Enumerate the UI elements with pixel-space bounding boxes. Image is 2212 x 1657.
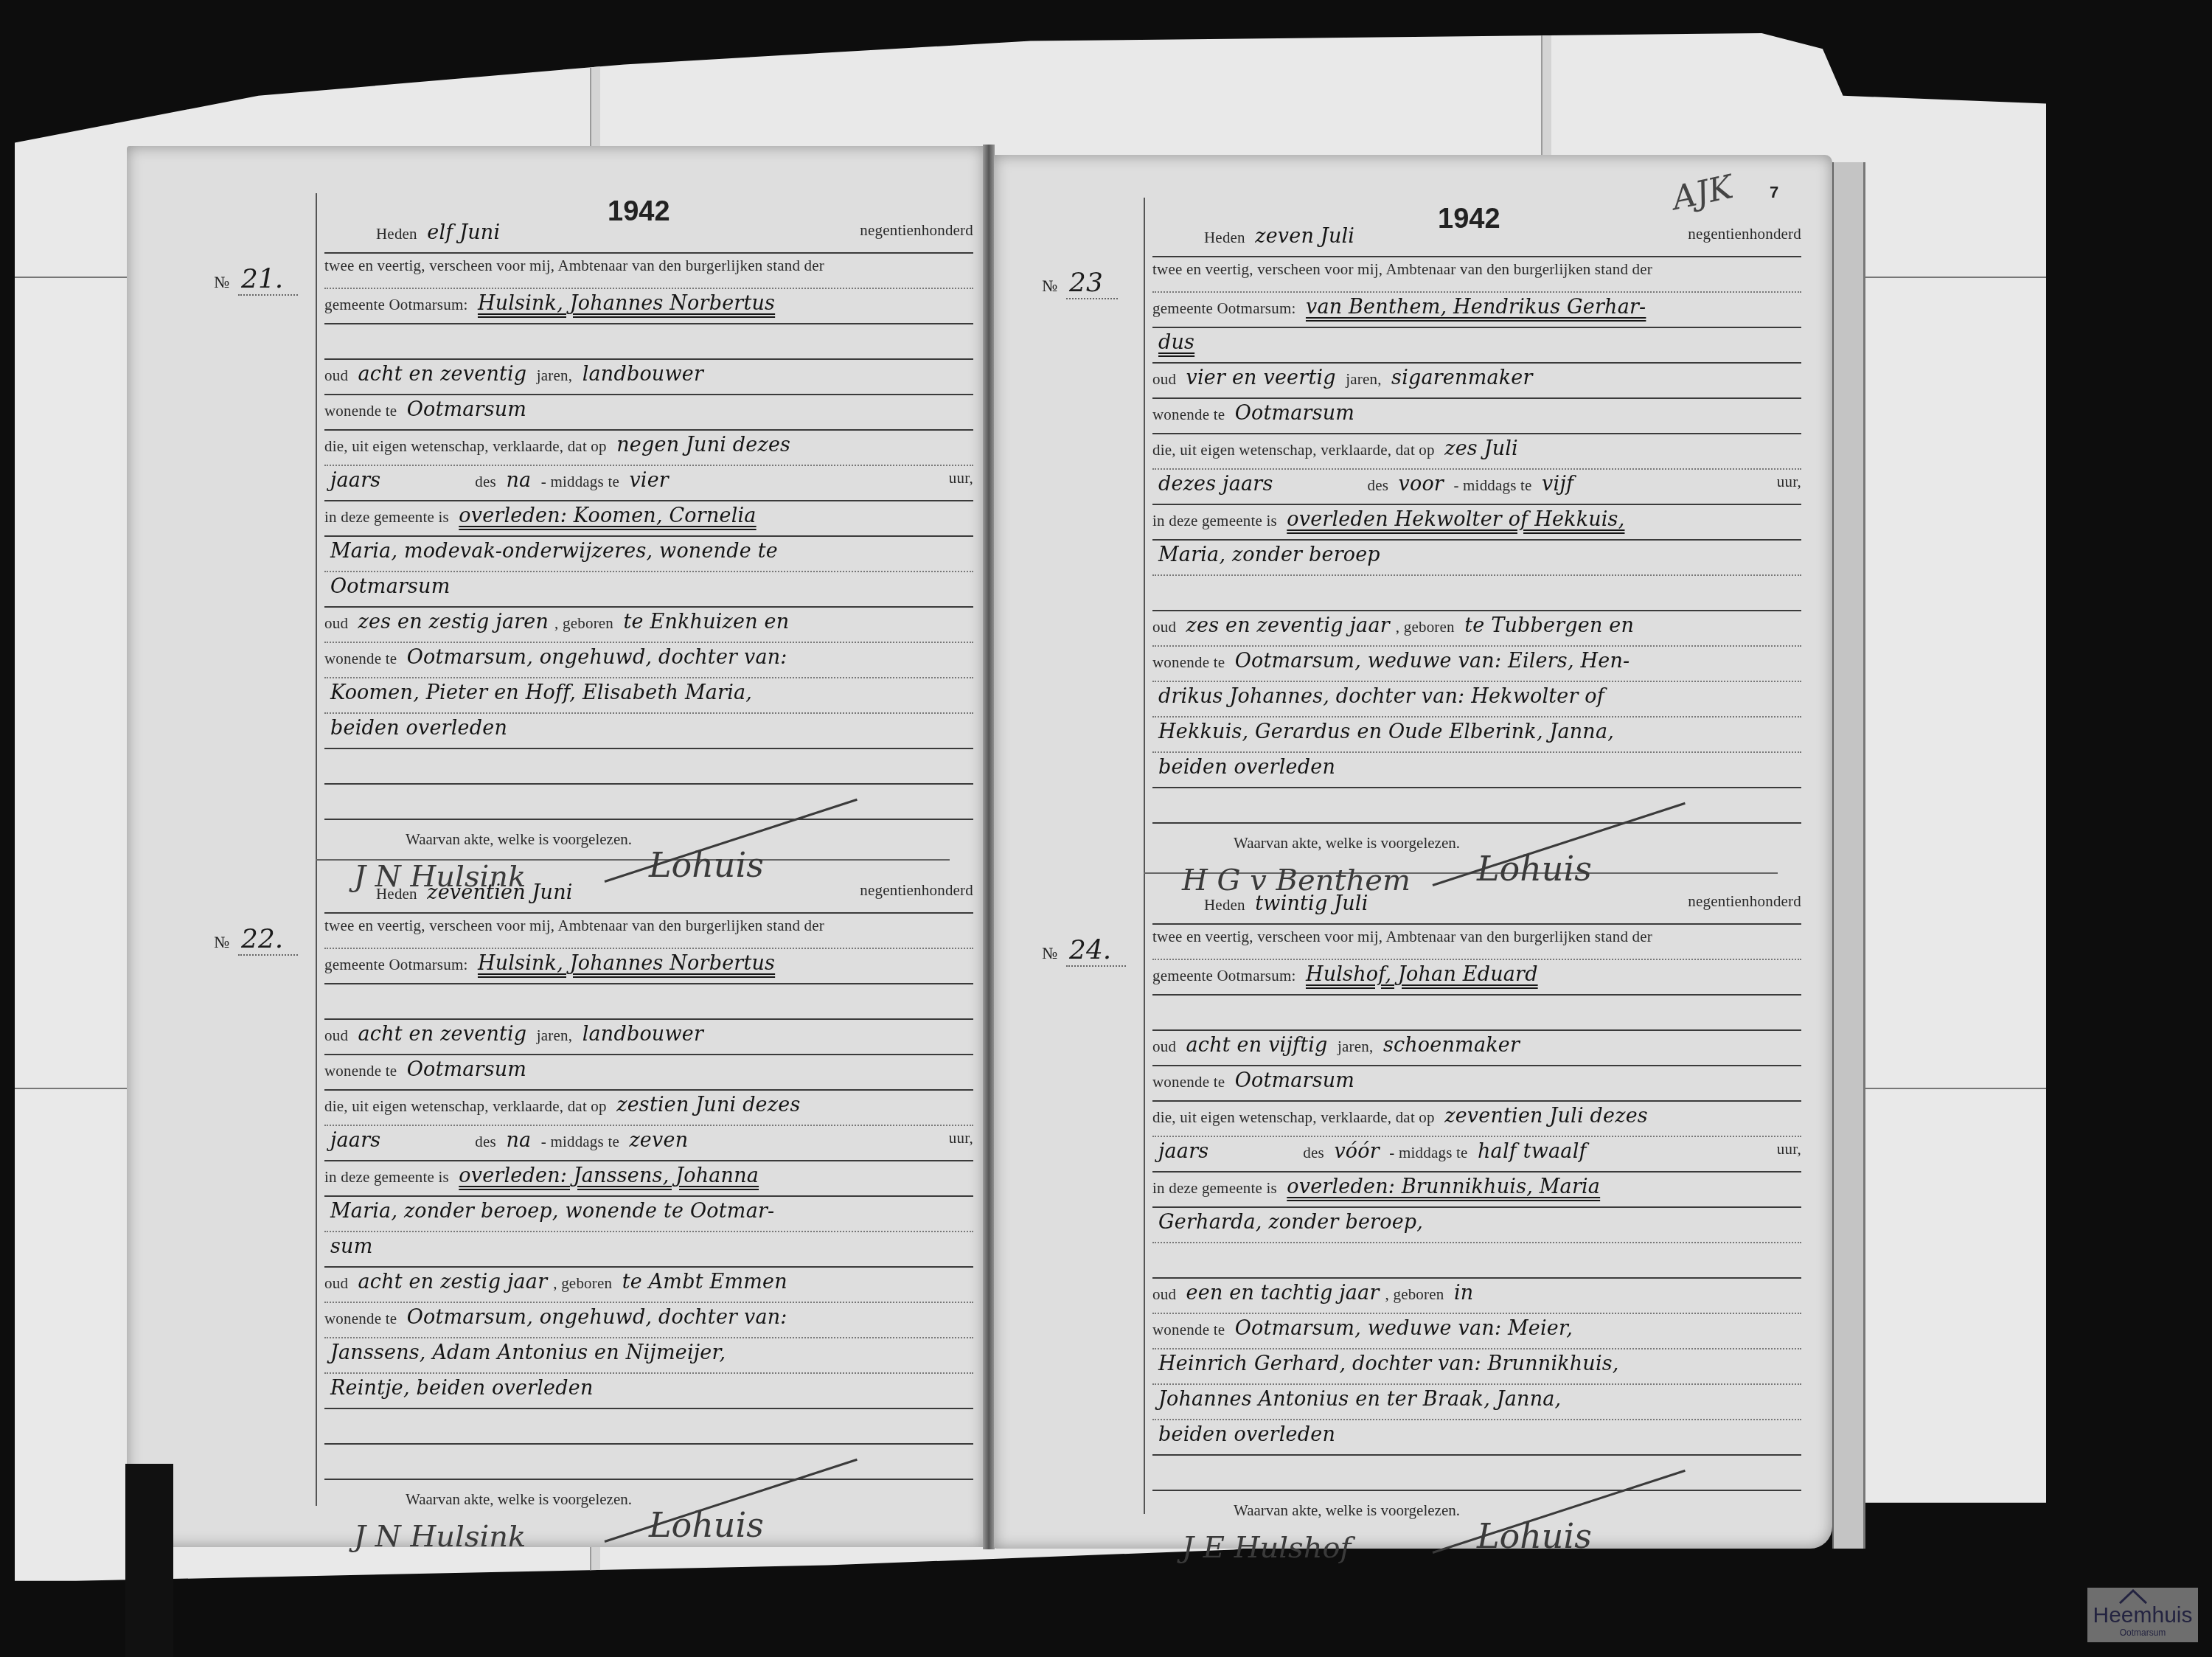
printed-oud: oud — [324, 614, 348, 632]
clamp-bar — [125, 1464, 173, 1657]
printed-heden: Heden — [1204, 896, 1245, 914]
handwritten-declarant-residence: Ootmarsum — [401, 398, 533, 421]
printed-oud: oud — [324, 1026, 348, 1044]
official-signature: Lohuis — [1477, 849, 1592, 889]
handwritten-parents-line0: drikus Johannes, dochter van: Hekwolter … — [1152, 685, 1610, 708]
handwritten-parents-line1: Johannes Antonius en ter Braak, Janna, — [1152, 1388, 1567, 1411]
handwritten-declarant-residence: Ootmarsum — [1229, 402, 1361, 425]
printed-wonende-te: wonende te — [324, 402, 397, 420]
closing-statement: Waarvan akte, welke is voorgelezen. — [1234, 1501, 1460, 1520]
official-signature: Lohuis — [649, 845, 764, 885]
handwritten-date: zeven Juli — [1249, 225, 1360, 248]
printed-oud: oud — [324, 1274, 348, 1292]
left-margin-rule — [316, 193, 317, 1506]
printed-oud: oud — [1152, 1038, 1176, 1055]
printed-line2: twee en veertig, verscheen voor mij, Amb… — [1152, 928, 1652, 945]
printed-des: des — [1367, 476, 1388, 494]
handwritten-parents-line1: Hekkuis, Gerardus en Oude Elberink, Jann… — [1152, 720, 1620, 743]
handwritten-death-date: zeventien Juli dezes — [1439, 1105, 1654, 1128]
handwritten-death-date-cont: jaars — [324, 1129, 386, 1152]
closing-statement: Waarvan akte, welke is voorgelezen. — [406, 830, 632, 849]
printed-gemeente: gemeente Ootmarsum: — [1152, 967, 1296, 984]
handwritten-time: zeven — [623, 1129, 694, 1152]
handwritten-age-born: zes en zeventig jaar — [1180, 614, 1396, 637]
printed-des: des — [475, 1133, 496, 1150]
printed-jaren: jaren, — [1338, 1038, 1373, 1055]
printed-uur: uur, — [1777, 473, 1801, 490]
printed-jaren: jaren, — [1346, 370, 1381, 388]
handwritten-age-born: acht en zestig jaar — [352, 1271, 554, 1293]
handwritten-declarant: Hulshof, Johan Eduard — [1300, 963, 1544, 986]
printed-oud: oud — [1152, 370, 1176, 388]
printed-wonende-te: wonende te — [324, 1310, 397, 1327]
official-signature: Lohuis — [1477, 1516, 1592, 1556]
printed-oud: oud — [324, 367, 348, 384]
handwritten-residence-line: Ootmarsum, ongehuwd, dochter van: — [401, 646, 793, 669]
heemhuis-watermark: Heemhuis Ootmarsum — [2087, 1588, 2198, 1642]
page-number: 7 — [1770, 183, 1778, 202]
handwritten-deceased-line3 — [1152, 1246, 1164, 1269]
printed-negentienhonderd: negentienhonderd — [1688, 892, 1801, 910]
printed-heden: Heden — [1204, 229, 1245, 246]
printed-wonende-te: wonende te — [324, 1062, 397, 1080]
handwritten-ampm: na — [500, 1129, 537, 1152]
printed-line2: twee en veertig, verscheen voor mij, Amb… — [324, 257, 824, 274]
handwritten-age-born: een en tachtig jaar — [1180, 1282, 1385, 1305]
witness-signature: J N Hulsink — [354, 1520, 526, 1554]
handwritten-declarant-cont: dus — [1152, 331, 1200, 354]
handwritten-death-date: zestien Juni dezes — [611, 1094, 806, 1116]
printed-gemeente: gemeente Ootmarsum: — [324, 956, 468, 973]
handwritten-date: twintig Juli — [1249, 892, 1374, 915]
handwritten-deceased-line2: Maria, zonder beroep — [1152, 543, 1386, 566]
book-spine — [983, 145, 995, 1549]
handwritten-birthplace: te Tubbergen en — [1458, 614, 1640, 637]
handwritten-deceased-line1: overleden: Brunnikhuis, Maria — [1281, 1175, 1606, 1198]
printed-oud: oud — [1152, 618, 1176, 636]
handwritten-deceased-line3: sum — [324, 1235, 378, 1258]
handwritten-time: vier — [623, 469, 675, 492]
handwritten-parents-line1: Koomen, Pieter en Hoff, Elisabeth Maria, — [324, 681, 758, 704]
printed-geboren: geboren — [563, 614, 613, 632]
printed-oud: oud — [1152, 1285, 1176, 1303]
handwritten-time: vijf — [1536, 473, 1579, 496]
handwritten-residence-line: Ootmarsum, ongehuwd, dochter van: — [401, 1306, 793, 1329]
handwritten-ampm: vóór — [1328, 1140, 1385, 1163]
handwritten-parents-line1: Janssens, Adam Antonius en Nijmeijer, — [324, 1341, 731, 1364]
handwritten-death-date-cont: dezes jaars — [1152, 473, 1279, 496]
handwritten-parents-line2: beiden overleden — [1152, 756, 1341, 779]
official-signature: Lohuis — [649, 1505, 764, 1545]
printed-middags-te: middags te — [1463, 476, 1532, 494]
record-number-value: 24. — [1066, 935, 1126, 967]
record-number-value: 21. — [238, 264, 298, 296]
printed-wonende-te: wonende te — [324, 650, 397, 667]
number-label: № — [1042, 277, 1057, 295]
handwritten-declarant-occupation: landbouwer — [577, 363, 709, 386]
handwritten-parents-line2: beiden overleden — [324, 717, 513, 740]
handwritten-declarant: Hulsink, Johannes Norbertus — [472, 952, 781, 975]
handwritten-death-date: zes Juli — [1439, 437, 1524, 460]
handwritten-parents-line0: Heinrich Gerhard, dochter van: Brunnikhu… — [1152, 1352, 1625, 1375]
handwritten-parents-line2: beiden overleden — [1152, 1423, 1341, 1446]
record-number-value: 23 — [1066, 268, 1118, 299]
number-label: № — [214, 273, 229, 291]
handwritten-declarant-age: acht en zeventig — [352, 1023, 533, 1046]
printed-negentienhonderd: negentienhonderd — [860, 881, 973, 899]
handwritten-death-date-cont: jaars — [1152, 1140, 1214, 1163]
handwritten-residence-line: Ootmarsum, weduwe van: Meier, — [1229, 1317, 1579, 1340]
printed-verklaarde: die, uit eigen wetenschap, verklaarde, d… — [1152, 441, 1435, 459]
handwritten-death-date: negen Juni dezes — [611, 434, 796, 456]
printed-wonende-te: wonende te — [1152, 1073, 1225, 1091]
printed-middags-te: middags te — [550, 473, 619, 490]
printed-overleden-intro: in deze gemeente is — [324, 508, 449, 526]
printed-middags-te: middags te — [1399, 1144, 1468, 1161]
printed-verklaarde: die, uit eigen wetenschap, verklaarde, d… — [324, 1097, 607, 1115]
printed-overleden-intro: in deze gemeente is — [1152, 512, 1277, 529]
handwritten-death-date-cont: jaars — [324, 469, 386, 492]
handwritten-deceased-line3: Ootmarsum — [324, 575, 456, 598]
handwritten-deceased-line2: Maria, zonder beroep, wonende te Ootmar- — [324, 1200, 780, 1223]
right-margin-rule — [1144, 198, 1145, 1514]
roof-icon — [2118, 1589, 2148, 1604]
printed-overleden-intro: in deze gemeente is — [324, 1168, 449, 1186]
printed-negentienhonderd: negentienhonderd — [860, 221, 973, 239]
handwritten-deceased-line2: Maria, modevak-onderwijzeres, wonende te — [324, 540, 784, 563]
handwritten-deceased-line1: overleden Hekwolter of Hekkuis, — [1281, 508, 1630, 531]
handwritten-ampm: na — [500, 469, 537, 492]
record-number: №23 — [1042, 268, 1118, 298]
handwritten-declarant-occupation: landbouwer — [577, 1023, 709, 1046]
handwritten-declarant-age: acht en vijftig — [1180, 1034, 1334, 1057]
handwritten-parents-line2: Reintje, beiden overleden — [324, 1377, 599, 1400]
handwritten-birthplace: in — [1448, 1282, 1479, 1305]
handwritten-residence-line: Ootmarsum, weduwe van: Eilers, Hen- — [1229, 650, 1636, 673]
handwritten-declarant: van Benthem, Hendrikus Gerhar- — [1300, 296, 1652, 319]
record-number-value: 22. — [238, 924, 298, 956]
printed-gemeente: gemeente Ootmarsum: — [324, 296, 468, 313]
handwritten-deceased-line1: overleden: Koomen, Cornelia — [453, 504, 762, 527]
printed-wonende-te: wonende te — [1152, 1321, 1225, 1338]
record-number: №22. — [214, 924, 298, 954]
printed-geboren: geboren — [1393, 1285, 1444, 1303]
closing-statement: Waarvan akte, welke is voorgelezen. — [1234, 834, 1460, 852]
handwritten-declarant-residence: Ootmarsum — [1229, 1069, 1361, 1092]
closing-statement: Waarvan akte, welke is voorgelezen. — [406, 1490, 632, 1509]
handwritten-deceased-line3 — [1152, 579, 1164, 602]
handwritten-declarant-age: acht en zeventig — [352, 363, 533, 386]
book-edge — [1832, 162, 1865, 1549]
printed-line2: twee en veertig, verscheen voor mij, Amb… — [324, 917, 824, 934]
handwritten-age-born: zes en zestig jaren — [352, 611, 555, 633]
printed-line2: twee en veertig, verscheen voor mij, Amb… — [1152, 260, 1652, 278]
number-label: № — [214, 933, 229, 951]
handwritten-declarant-residence: Ootmarsum — [401, 1058, 533, 1081]
printed-verklaarde: die, uit eigen wetenschap, verklaarde, d… — [1152, 1108, 1435, 1126]
watermark-subtitle: Ootmarsum — [2087, 1628, 2198, 1638]
printed-des: des — [475, 473, 496, 490]
printed-geboren: geboren — [561, 1274, 612, 1292]
record-number: №24. — [1042, 935, 1126, 965]
printed-jaren: jaren, — [537, 1026, 572, 1044]
witness-signature: J E Hulshof — [1182, 1531, 1351, 1565]
handwritten-deceased-line1: overleden: Janssens, Johanna — [453, 1164, 765, 1187]
printed-heden: Heden — [376, 225, 417, 243]
printed-uur: uur, — [949, 469, 973, 487]
printed-des: des — [1303, 1144, 1324, 1161]
handwritten-ampm: voor — [1392, 473, 1449, 496]
printed-negentienhonderd: negentienhonderd — [1688, 225, 1801, 243]
handwritten-birthplace: te Ambt Emmen — [616, 1271, 793, 1293]
handwritten-declarant-occupation: sigarenmaker — [1385, 367, 1539, 389]
handwritten-declarant-occupation: schoenmaker — [1377, 1034, 1526, 1057]
handwritten-date: zeventien Juni — [421, 881, 578, 904]
watermark-name: Heemhuis — [2087, 1604, 2198, 1628]
printed-uur: uur, — [949, 1129, 973, 1147]
printed-uur: uur, — [1777, 1140, 1801, 1158]
printed-wonende-te: wonende te — [1152, 406, 1225, 423]
handwritten-time: half twaalf — [1472, 1140, 1593, 1163]
handwritten-declarant-age: vier en veertig — [1180, 367, 1342, 389]
printed-heden: Heden — [376, 885, 417, 903]
printed-wonende-te: wonende te — [1152, 653, 1225, 671]
number-label: № — [1042, 944, 1057, 962]
printed-overleden-intro: in deze gemeente is — [1152, 1179, 1277, 1197]
printed-geboren: geboren — [1404, 618, 1455, 636]
handwritten-birthplace: te Enkhuizen en — [618, 611, 796, 633]
printed-gemeente: gemeente Ootmarsum: — [1152, 299, 1296, 317]
handwritten-date: elf Juni — [421, 221, 506, 244]
printed-jaren: jaren, — [537, 367, 572, 384]
handwritten-declarant: Hulsink, Johannes Norbertus — [472, 292, 781, 315]
record-number: №21. — [214, 264, 298, 294]
printed-verklaarde: die, uit eigen wetenschap, verklaarde, d… — [324, 437, 607, 455]
handwritten-deceased-line2: Gerharda, zonder beroep, — [1152, 1211, 1429, 1234]
printed-middags-te: middags te — [550, 1133, 619, 1150]
